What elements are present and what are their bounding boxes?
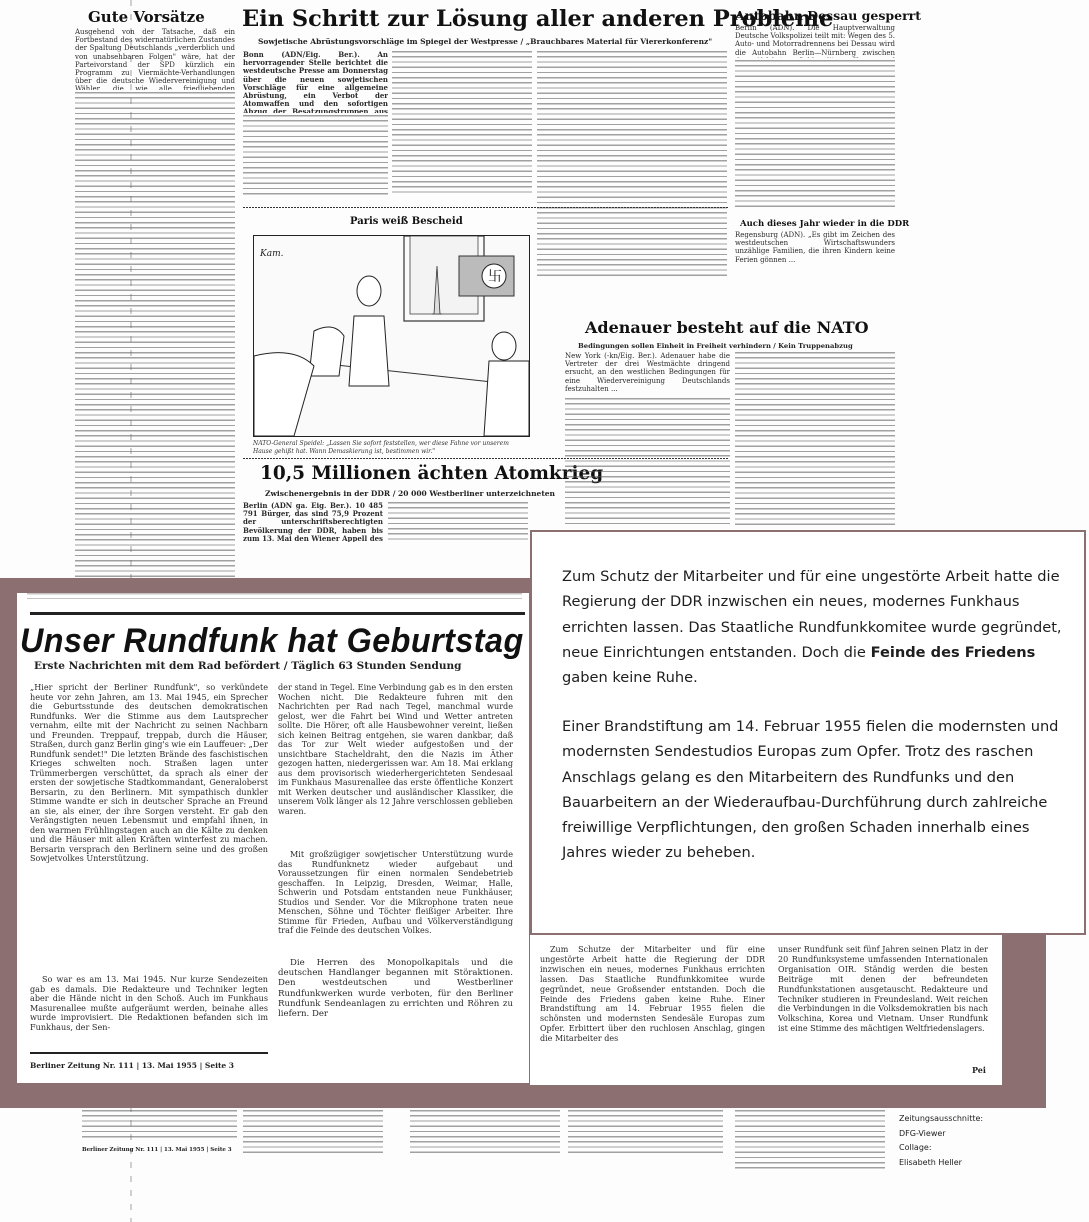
clipping-top-rule (30, 612, 525, 615)
cartoon-illustration: 卐 Kam. (253, 235, 530, 437)
clipping-column-3: Zum Schutze der Mitarbeiter und für eine… (540, 945, 765, 1075)
cartoon-title: Paris weiß Bescheid (350, 216, 463, 227)
article-adenauer-lead: New York (-kn/Eig. Ber.). Adenauer habe … (565, 352, 730, 396)
annotation-paragraph-2: Einer Brandstiftung am 14. Februar 1955 … (562, 714, 1072, 866)
clipping-top-cut-text (27, 593, 522, 599)
credits-line-clippings-label: Zeitungsausschnitte: (899, 1112, 983, 1127)
clipping-footer: Berliner Zeitung Nr. 111 | 13. Mai 1955 … (30, 1061, 234, 1070)
divider-rule (243, 207, 728, 208)
cartoon-flag-symbol: 卐 (488, 269, 502, 285)
article-atomkrieg-lead: Berlin (ADN ga. Eig. Ber.). 10 485 791 B… (243, 502, 383, 542)
cartoon-drawing-icon: 卐 Kam. (254, 236, 529, 436)
page-bottom-text-col3 (410, 1110, 560, 1155)
image-credits: Zeitungsausschnitte: DFG-Viewer Collage:… (899, 1112, 983, 1170)
page-bottom-text-col5 (735, 1110, 885, 1170)
headline-gute-vorsaetze: Gute Vorsätze (88, 8, 205, 26)
clipping-column-2c: Die Herren des Monopolkapitals und die d… (278, 958, 513, 1068)
article-main-story-body-col1 (243, 115, 388, 195)
headline-atomkrieg: 10,5 Millionen ächten Atomkrieg (260, 463, 603, 484)
credits-line-collage-label: Collage: (899, 1141, 983, 1156)
page-bottom-text-col2 (243, 1110, 383, 1155)
clipping-column-2b: Mit großzügiger sowjetischer Unterstützu… (278, 850, 513, 955)
clipping-headline: Unser Rundfunk hat Geburtstag (20, 622, 524, 661)
article-adenauer-body-col1 (565, 398, 730, 528)
subheadline-main-story: Sowjetische Abrüstungsvorschläge im Spie… (258, 37, 712, 46)
clipping-subheadline: Erste Nachrichten mit dem Rad befördert … (34, 660, 461, 672)
clipping-column-4: unser Rundfunk seit fünf Jahren seinen P… (778, 945, 988, 1067)
page-bottom-text-col4 (568, 1110, 723, 1155)
collage-frame-right (1002, 930, 1046, 1108)
clipping-footer-rule (30, 1052, 268, 1054)
article-main-story-body-col2 (392, 51, 532, 195)
article-main-story-lead: Bonn (ADN/Eig. Ber.). An hervorragender … (243, 51, 388, 113)
annotation-textbox: Zum Schutz der Mitarbeiter und für eine … (530, 530, 1086, 935)
article-gute-vorsaetze-body (75, 92, 235, 582)
subheadline-atomkrieg: Zwischenergebnis in der DDR / 20 000 Wes… (265, 489, 555, 498)
clipping-column-2: der stand in Tegel. Eine Verbindung gab … (278, 683, 513, 848)
article-autobahn-body (735, 60, 895, 210)
annotation-bold-phrase: Feinde des Friedens (871, 644, 1036, 661)
page-bottom-text-col1 (82, 1110, 237, 1140)
headline-auch-dieses-jahr: Auch dieses Jahr wieder in die DDR (740, 219, 909, 229)
clipping-rundfunk-right: Zum Schutze der Mitarbeiter und für eine… (530, 935, 1002, 1085)
article-atomkrieg-body (388, 502, 528, 542)
headline-adenauer: Adenauer besteht auf die NATO (585, 318, 869, 337)
svg-text:Kam.: Kam. (259, 249, 284, 259)
annotation-text: gaben keine Ruhe. (562, 669, 698, 686)
article-main-story-body-col3 (537, 51, 727, 276)
headline-autobahn: Autobahn Dessau gesperrt (735, 8, 921, 23)
credits-line-source: DFG-Viewer (899, 1127, 983, 1142)
article-adenauer-body-col2 (735, 352, 895, 528)
collage-frame-bottom (0, 1085, 1046, 1108)
clipping-column-1b: So war es am 13. Mai 1945. Nur kurze Sen… (30, 975, 268, 1050)
clipping-signature: Pei (972, 1065, 986, 1075)
credits-line-author: Elisabeth Heller (899, 1156, 983, 1171)
article-gute-vorsaetze-lead: Ausgehend von der Tatsache, daß ein Fort… (75, 28, 235, 90)
page-bottom-footer: Berliner Zeitung Nr. 111 | 13. Mai 1955 … (82, 1147, 232, 1153)
cartoon-caption: NATO-General Speidel: „Lassen Sie sofort… (253, 440, 528, 455)
subheadline-adenauer: Bedingungen sollen Einheit in Freiheit v… (578, 342, 853, 350)
annotation-paragraph-1: Zum Schutz der Mitarbeiter und für eine … (562, 564, 1072, 690)
article-auch-dieses-jahr-lead: Regensburg (ADN). „Es gibt im Zeichen de… (735, 231, 895, 281)
clipping-column-1: „Hier spricht der Berliner Rundfunk", so… (30, 683, 268, 973)
article-autobahn-lead: Berlin (ADN). Die Hauptverwaltung Deutsc… (735, 24, 895, 58)
